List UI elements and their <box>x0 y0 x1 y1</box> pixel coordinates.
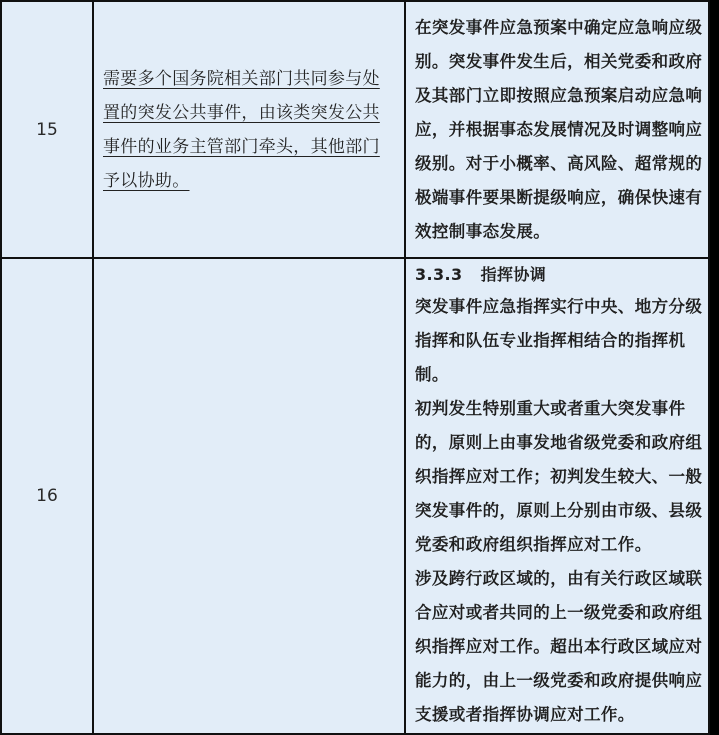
comparison-table: 15 需要多个国务院相关部门共同参与处置的突发公共事件，由该类突发公共事件的业务… <box>0 0 710 735</box>
revised-text-cell: 在突发事件应急预案中确定应急响应级别。突发事件发生后，相关党委和政府及其部门立即… <box>405 1 709 258</box>
underlined-text: 需要多个国务院相关部门共同参与处置的突发公共事件，由该类突发公共事件的业务主管部… <box>103 69 380 191</box>
table-row: 16 3.3.3指挥协调 突发事件应急指挥实行中央、地方分级指挥和队伍专业指挥相… <box>1 258 709 734</box>
original-text-cell <box>93 258 405 734</box>
original-text-cell: 需要多个国务院相关部门共同参与处置的突发公共事件，由该类突发公共事件的业务主管部… <box>93 1 405 258</box>
table-row: 15 需要多个国务院相关部门共同参与处置的突发公共事件，由该类突发公共事件的业务… <box>1 1 709 258</box>
row-number-cell: 15 <box>1 1 93 258</box>
section-number: 3.3.3 <box>415 265 463 284</box>
section-title: 指挥协调 <box>481 265 547 284</box>
paragraph: 在突发事件应急预案中确定应急响应级别。突发事件发生后，相关党委和政府及其部门立即… <box>415 11 704 249</box>
row-number-cell: 16 <box>1 258 93 734</box>
paragraph: 初判发生特别重大或者重大突发事件的，原则上由事发地省级党委和政府组织指挥应对工作… <box>415 392 704 562</box>
document-page: 15 需要多个国务院相关部门共同参与处置的突发公共事件，由该类突发公共事件的业务… <box>0 0 710 735</box>
section-heading: 3.3.3指挥协调 <box>415 260 704 290</box>
revised-text-cell: 3.3.3指挥协调 突发事件应急指挥实行中央、地方分级指挥和队伍专业指挥相结合的… <box>405 258 709 734</box>
paragraph: 突发事件应急指挥实行中央、地方分级指挥和队伍专业指挥相结合的指挥机制。 <box>415 290 704 392</box>
paragraph: 涉及跨行政区域的，由有关行政区域联合应对或者共同的上一级党委和政府组织指挥应对工… <box>415 562 704 732</box>
